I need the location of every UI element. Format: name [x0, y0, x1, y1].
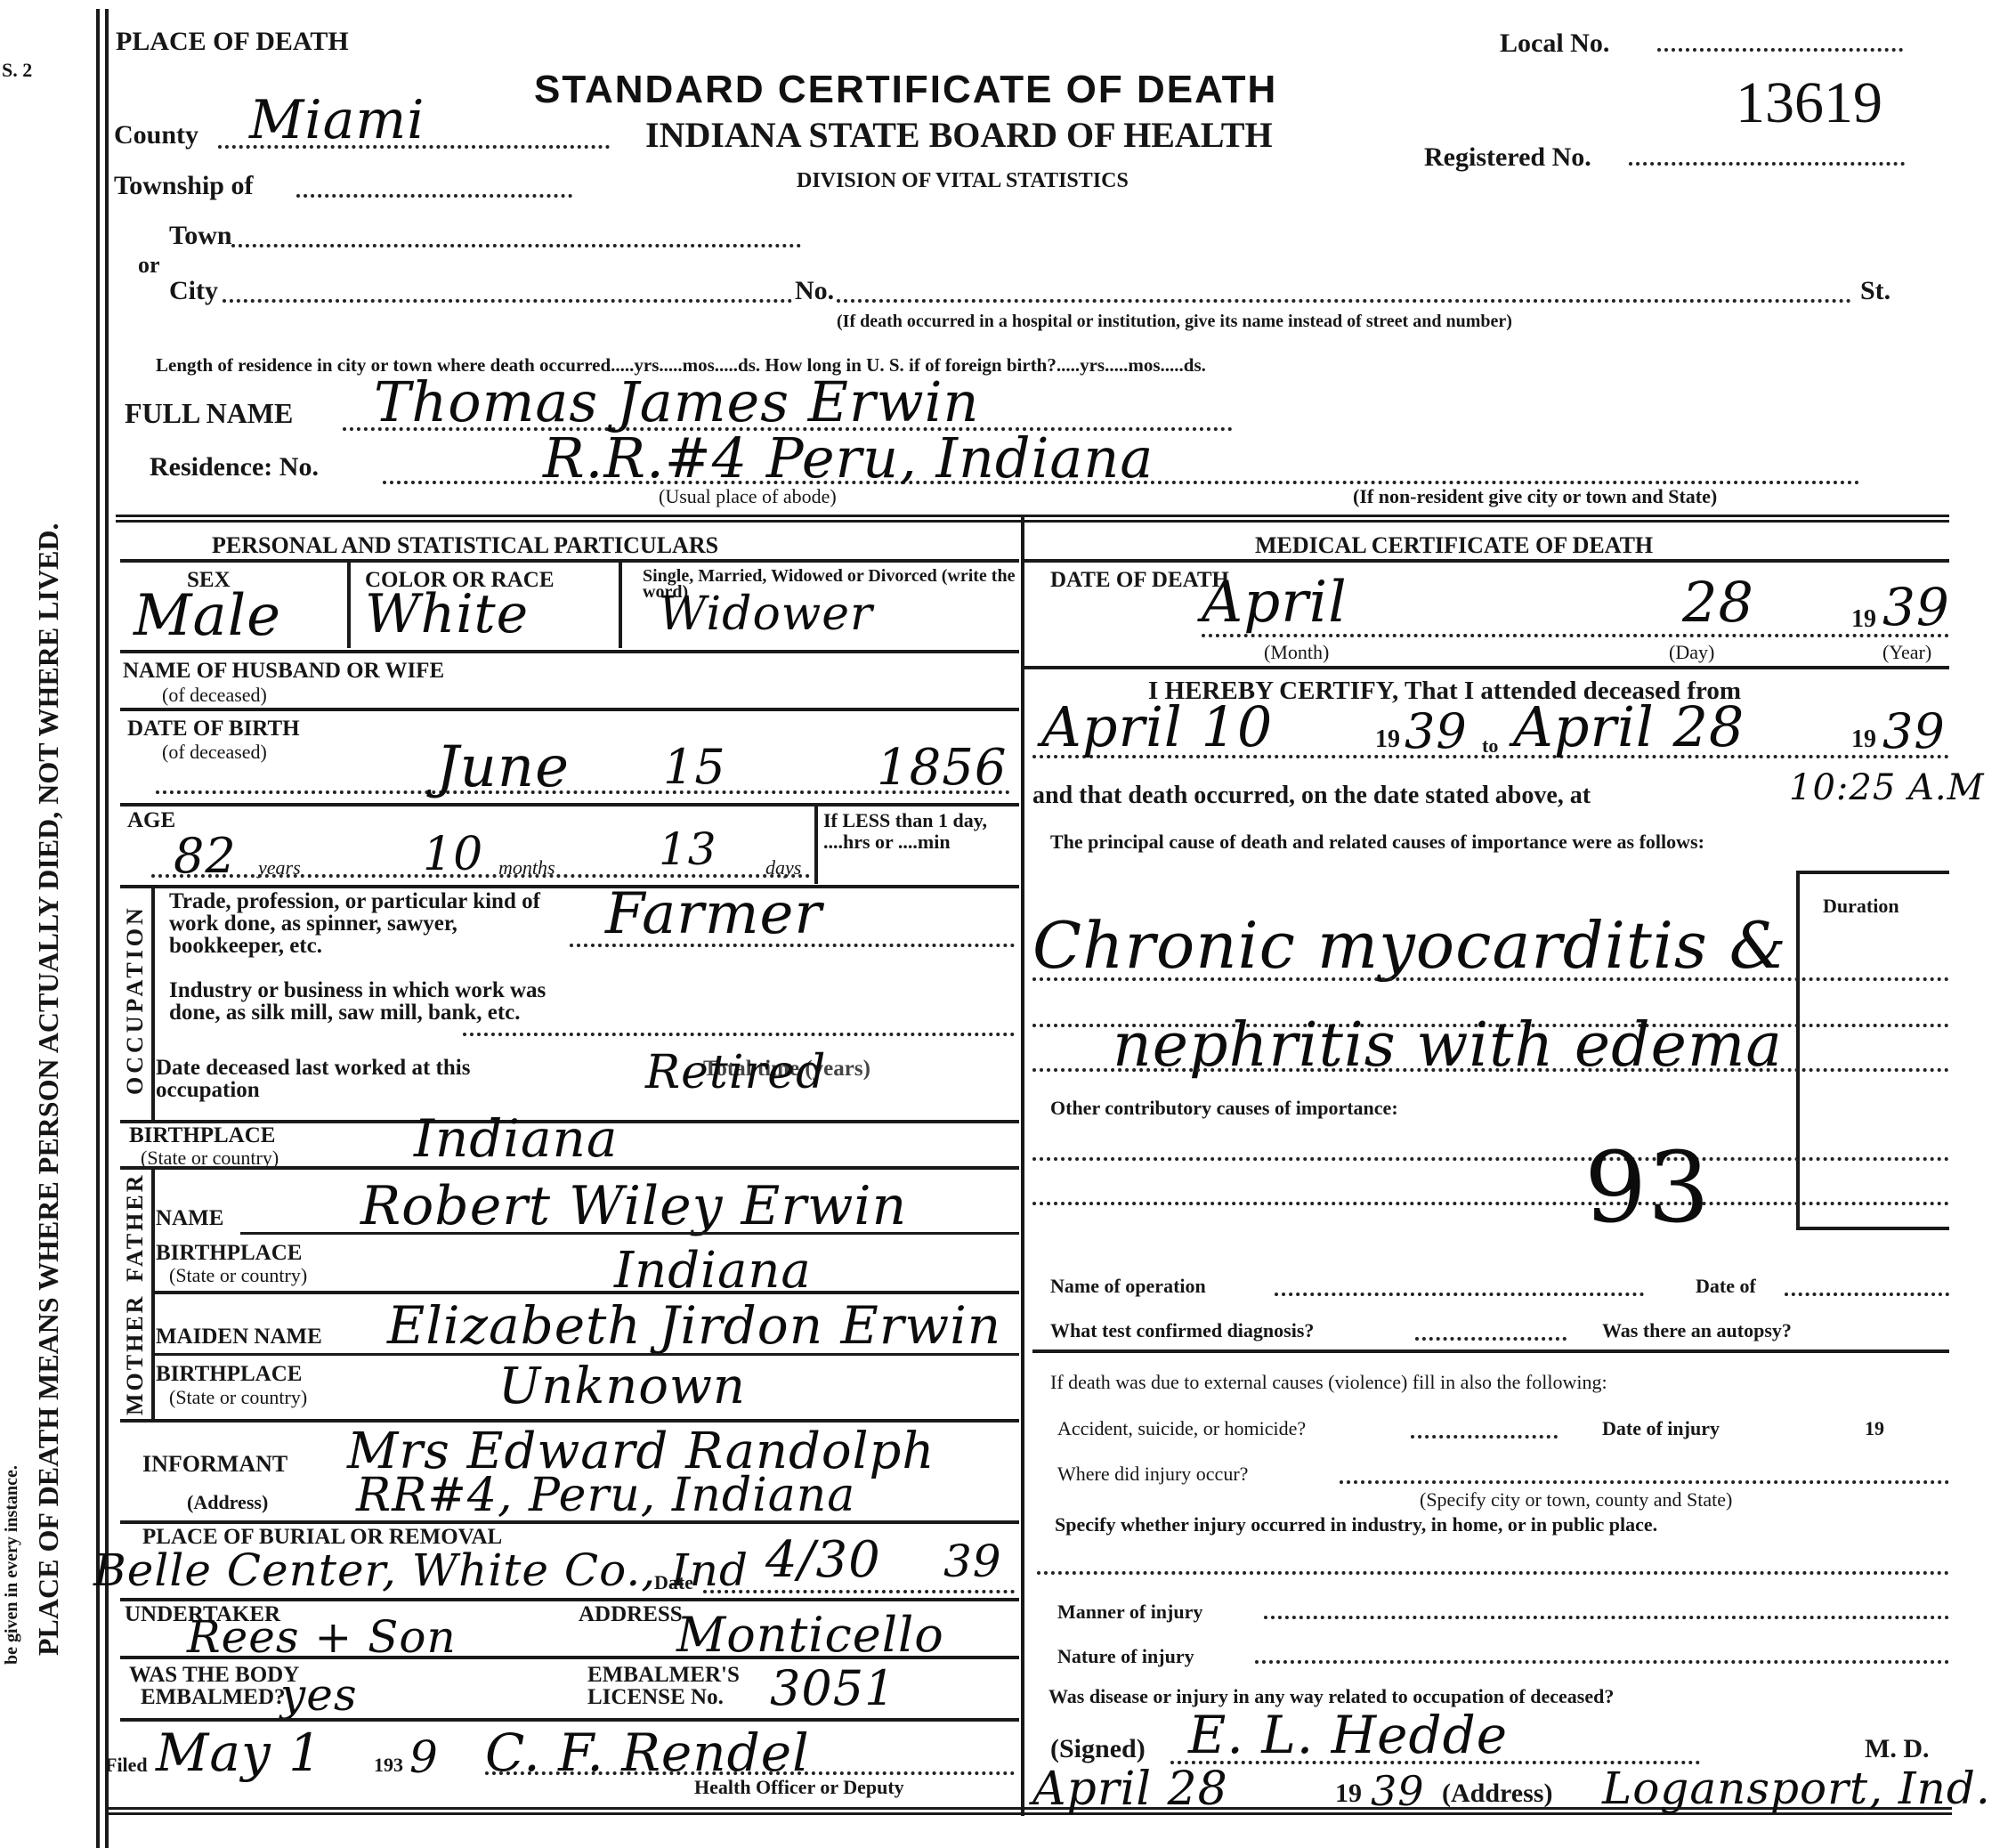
- board-name: INDIANA STATE BOARD OF HEALTH: [645, 114, 1273, 156]
- age-field[interactable]: [151, 874, 810, 878]
- attended-to-year-prefix: 19: [1851, 725, 1876, 754]
- filed-year-prefix: 193: [374, 1754, 403, 1777]
- signed-value: E. L. Hedde: [1188, 1705, 1508, 1765]
- injury-date-label: Date of injury: [1602, 1417, 1720, 1440]
- embalmed-value: yes: [280, 1669, 358, 1721]
- street-field[interactable]: [837, 299, 1851, 303]
- age-label: AGE: [127, 808, 175, 833]
- accident-field[interactable]: [1411, 1435, 1558, 1439]
- filed-year-digit: 9: [409, 1731, 439, 1783]
- mother-side-label: MOTHER: [122, 1294, 149, 1415]
- undertaker-address-value: Monticello: [676, 1607, 944, 1663]
- industry-label: Industry or business in which work was d…: [169, 979, 561, 1024]
- township-label: Township of: [114, 171, 253, 201]
- full-name-label: FULL NAME: [125, 397, 293, 430]
- injury-year-prefix: 19: [1865, 1417, 1884, 1440]
- or-label: or: [138, 252, 160, 279]
- birthplace-value: Indiana: [414, 1108, 618, 1169]
- burial-year: 39: [943, 1536, 1002, 1587]
- attended-from: April 10: [1041, 694, 1273, 759]
- rule: [120, 559, 1019, 563]
- last-worked-value: Retired: [645, 1046, 826, 1099]
- attended-from-year: 39: [1405, 703, 1468, 759]
- rule: [151, 1291, 1019, 1294]
- father-birthplace-label: BIRTHPLACE: [156, 1241, 302, 1266]
- residence-value: R.R.#4 Peru, Indiana: [543, 426, 1154, 490]
- rule: [347, 563, 351, 648]
- father-side-label: FATHER: [122, 1173, 149, 1282]
- attended-to: April 28: [1513, 694, 1745, 759]
- rule: [120, 1520, 1019, 1524]
- cause-line-1: Chronic myocarditis &: [1032, 908, 1787, 983]
- vertical-notice-small: be given in every instance.: [2, 1465, 22, 1665]
- dob-day: 15: [663, 739, 726, 795]
- cause-field-1[interactable]: [1032, 977, 1949, 981]
- health-officer-label: Health Officer or Deputy: [694, 1776, 904, 1799]
- father-name-value: Robert Wiley Erwin: [360, 1175, 907, 1237]
- column-divider: [1021, 516, 1024, 1816]
- attended-to-year: 39: [1882, 703, 1946, 759]
- registered-no-label: Registered No.: [1424, 142, 1591, 173]
- informant-label: INFORMANT: [142, 1451, 287, 1478]
- stamp-code: 93: [1584, 1131, 1711, 1244]
- dod-year: 39: [1882, 577, 1950, 637]
- rule: [1796, 1227, 1949, 1230]
- last-worked-label: Date deceased last worked at this occupa…: [156, 1057, 530, 1101]
- operation-label: Name of operation: [1050, 1275, 1206, 1298]
- day-caption: (Day): [1669, 641, 1714, 664]
- dob-label: DATE OF BIRTH: [127, 717, 300, 742]
- dob-sub: (of deceased): [162, 741, 267, 764]
- informant-address-label: (Address): [187, 1491, 268, 1514]
- hospital-note: (If death occurred in a hospital or inst…: [837, 312, 1512, 332]
- rule: [120, 885, 1019, 888]
- trade-label: Trade, profession, or particular kind of…: [169, 890, 561, 957]
- signed-year: 39: [1371, 1767, 1425, 1815]
- residence-label: Residence: No.: [150, 452, 319, 482]
- death-time-value: 10:25 A.M: [1789, 767, 1985, 808]
- nature-field[interactable]: [1255, 1660, 1949, 1664]
- street-no-label: No.: [795, 276, 834, 306]
- rule: [120, 1166, 1019, 1170]
- md-label: M. D.: [1865, 1734, 1929, 1764]
- embalmed-label-1: WAS THE BODY: [129, 1663, 299, 1688]
- marital-value: Widower: [659, 588, 873, 641]
- rule: [619, 563, 622, 648]
- year-caption: (Year): [1882, 641, 1931, 664]
- operation-date-field[interactable]: [1785, 1293, 1949, 1296]
- rule: [120, 1656, 1019, 1659]
- header-divider: [116, 515, 1949, 523]
- race-value: White: [365, 583, 529, 645]
- dod-year-prefix: 19: [1851, 605, 1876, 634]
- principal-cause-label: The principal cause of death and related…: [1050, 832, 1851, 852]
- rule: [1032, 1350, 1949, 1353]
- death-time-text: and that death occurred, on the date sta…: [1032, 782, 1591, 810]
- month-caption: (Month): [1264, 641, 1329, 664]
- trade-value: Farmer: [605, 881, 822, 947]
- filed-date: May 1: [156, 1722, 322, 1783]
- town-field[interactable]: [231, 244, 801, 247]
- test-field[interactable]: [1415, 1337, 1567, 1341]
- duration-label: Duration: [1823, 895, 1899, 918]
- medical-section-title: MEDICAL CERTIFICATE OF DEATH: [1255, 532, 1653, 559]
- rule: [151, 1353, 1019, 1356]
- embalmed-label-2: EMBALMED?: [141, 1685, 286, 1710]
- age-months: 10: [423, 828, 483, 881]
- st-label: St.: [1860, 276, 1891, 306]
- birthplace-label: BIRTHPLACE: [129, 1123, 275, 1148]
- rule: [151, 888, 155, 1120]
- father-name-label: NAME: [156, 1206, 223, 1231]
- other-causes-field-2[interactable]: [1032, 1202, 1949, 1205]
- burial-date-value: 4/30: [765, 1531, 881, 1589]
- signed-label: (Signed): [1050, 1734, 1146, 1764]
- specify-field[interactable]: [1037, 1571, 1949, 1575]
- rule: [1796, 871, 1949, 874]
- industry-field[interactable]: [463, 1033, 1015, 1036]
- undertaker-address-label: ADDRESS: [579, 1602, 683, 1627]
- vertical-notice: PLACE OF DEATH MEANS WHERE PERSON ACTUAL…: [32, 523, 65, 1656]
- manner-label: Manner of injury: [1057, 1601, 1202, 1624]
- health-officer-field[interactable]: [485, 1771, 1015, 1775]
- burial-date-field[interactable]: [703, 1590, 1015, 1593]
- registered-no-field[interactable]: [1629, 162, 1905, 166]
- where-field[interactable]: [1340, 1480, 1949, 1484]
- rule: [240, 1232, 1019, 1235]
- father-birthplace-sub: (State or country): [169, 1264, 307, 1287]
- rule: [1024, 666, 1949, 669]
- city-label: City: [169, 276, 218, 306]
- license-label-1: EMBALMER'S: [587, 1663, 740, 1688]
- address-value: Logansport, Ind.: [1602, 1763, 1991, 1814]
- town-label: Town: [169, 221, 232, 251]
- license-label-2: LICENSE No.: [587, 1685, 724, 1710]
- rule: [120, 708, 1019, 711]
- occupation-side-label: OCCUPATION: [122, 904, 149, 1095]
- division-name: DIVISION OF VITAL STATISTICS: [797, 169, 1129, 193]
- less-than-day: If LESS than 1 day, ....hrs or ....min: [823, 810, 1015, 853]
- operation-date-label: Date of: [1696, 1275, 1756, 1298]
- where-label: Where did injury occur?: [1057, 1463, 1248, 1486]
- informant-address-value: RR#4, Peru, Indiana: [356, 1469, 855, 1522]
- dod-day: 28: [1682, 570, 1754, 635]
- nonresident-note: (If non-resident give city or town and S…: [1353, 485, 1717, 508]
- local-no-label: Local No.: [1500, 28, 1609, 59]
- rule: [120, 1598, 1019, 1601]
- mother-birthplace-value: Unknown: [498, 1358, 746, 1415]
- dob-month: June: [436, 734, 570, 800]
- age-days: 13: [659, 823, 717, 875]
- spouse-label: NAME OF HUSBAND OR WIFE: [123, 659, 444, 684]
- rule: [120, 803, 1019, 806]
- city-field[interactable]: [223, 299, 792, 303]
- place-of-death-label: PLACE OF DEATH: [116, 27, 349, 57]
- cause-field-3[interactable]: [1032, 1068, 1949, 1072]
- signed-year-prefix: 19: [1335, 1779, 1362, 1809]
- autopsy-label: Was there an autopsy?: [1602, 1319, 1792, 1342]
- side-note: S. 2: [2, 59, 32, 82]
- dod-month: April: [1202, 570, 1348, 636]
- where-note: (Specify city or town, county and State): [1420, 1488, 1732, 1512]
- manner-field[interactable]: [1264, 1616, 1949, 1619]
- test-label: What test confirmed diagnosis?: [1050, 1319, 1314, 1342]
- dob-year: 1856: [877, 739, 1008, 797]
- certificate-number: 13619: [1736, 69, 1882, 137]
- county-value: Miami: [249, 89, 425, 151]
- burial-date-label: Date: [654, 1571, 693, 1594]
- township-field[interactable]: [296, 194, 572, 198]
- county-label: County: [114, 120, 198, 150]
- mother-birthplace-sub: (State or country): [169, 1386, 307, 1409]
- accident-label: Accident, suicide, or homicide?: [1057, 1417, 1306, 1440]
- license-value: 3051: [770, 1660, 895, 1716]
- local-no-field[interactable]: [1657, 48, 1903, 52]
- rule: [1796, 871, 1800, 1227]
- personal-section-title: PERSONAL AND STATISTICAL PARTICULARS: [212, 532, 718, 559]
- mother-name-value: Elizabeth Jirdon Erwin: [387, 1295, 1001, 1356]
- rule: [814, 806, 818, 884]
- other-causes-field-1[interactable]: [1032, 1157, 1949, 1161]
- rule: [1024, 559, 1949, 563]
- external-causes-label: If death was due to external causes (vio…: [1050, 1371, 1607, 1394]
- filed-label: Filed: [105, 1754, 148, 1777]
- nature-label: Nature of injury: [1057, 1645, 1194, 1668]
- specify-label: Specify whether injury occurred in indus…: [1055, 1513, 1657, 1536]
- to-label: to: [1482, 734, 1498, 758]
- residence-note: (Usual place of abode): [659, 485, 837, 508]
- address-label: (Address): [1442, 1779, 1552, 1809]
- signed-date: April 28: [1032, 1763, 1228, 1816]
- mother-name-label: MAIDEN NAME: [156, 1325, 322, 1350]
- burial-value: Belle Center, White Co., Ind: [93, 1544, 749, 1596]
- attended-from-year-prefix: 19: [1375, 725, 1400, 754]
- rule: [120, 650, 1019, 653]
- rule: [120, 1718, 1019, 1722]
- certificate-title: STANDARD CERTIFICATE OF DEATH: [534, 68, 1277, 112]
- mother-birthplace-label: BIRTHPLACE: [156, 1362, 302, 1387]
- sex-value: Male: [134, 583, 281, 649]
- other-causes-label: Other contributory causes of importance:: [1050, 1097, 1398, 1120]
- operation-field[interactable]: [1275, 1293, 1644, 1296]
- spouse-sub: (of deceased): [162, 684, 267, 707]
